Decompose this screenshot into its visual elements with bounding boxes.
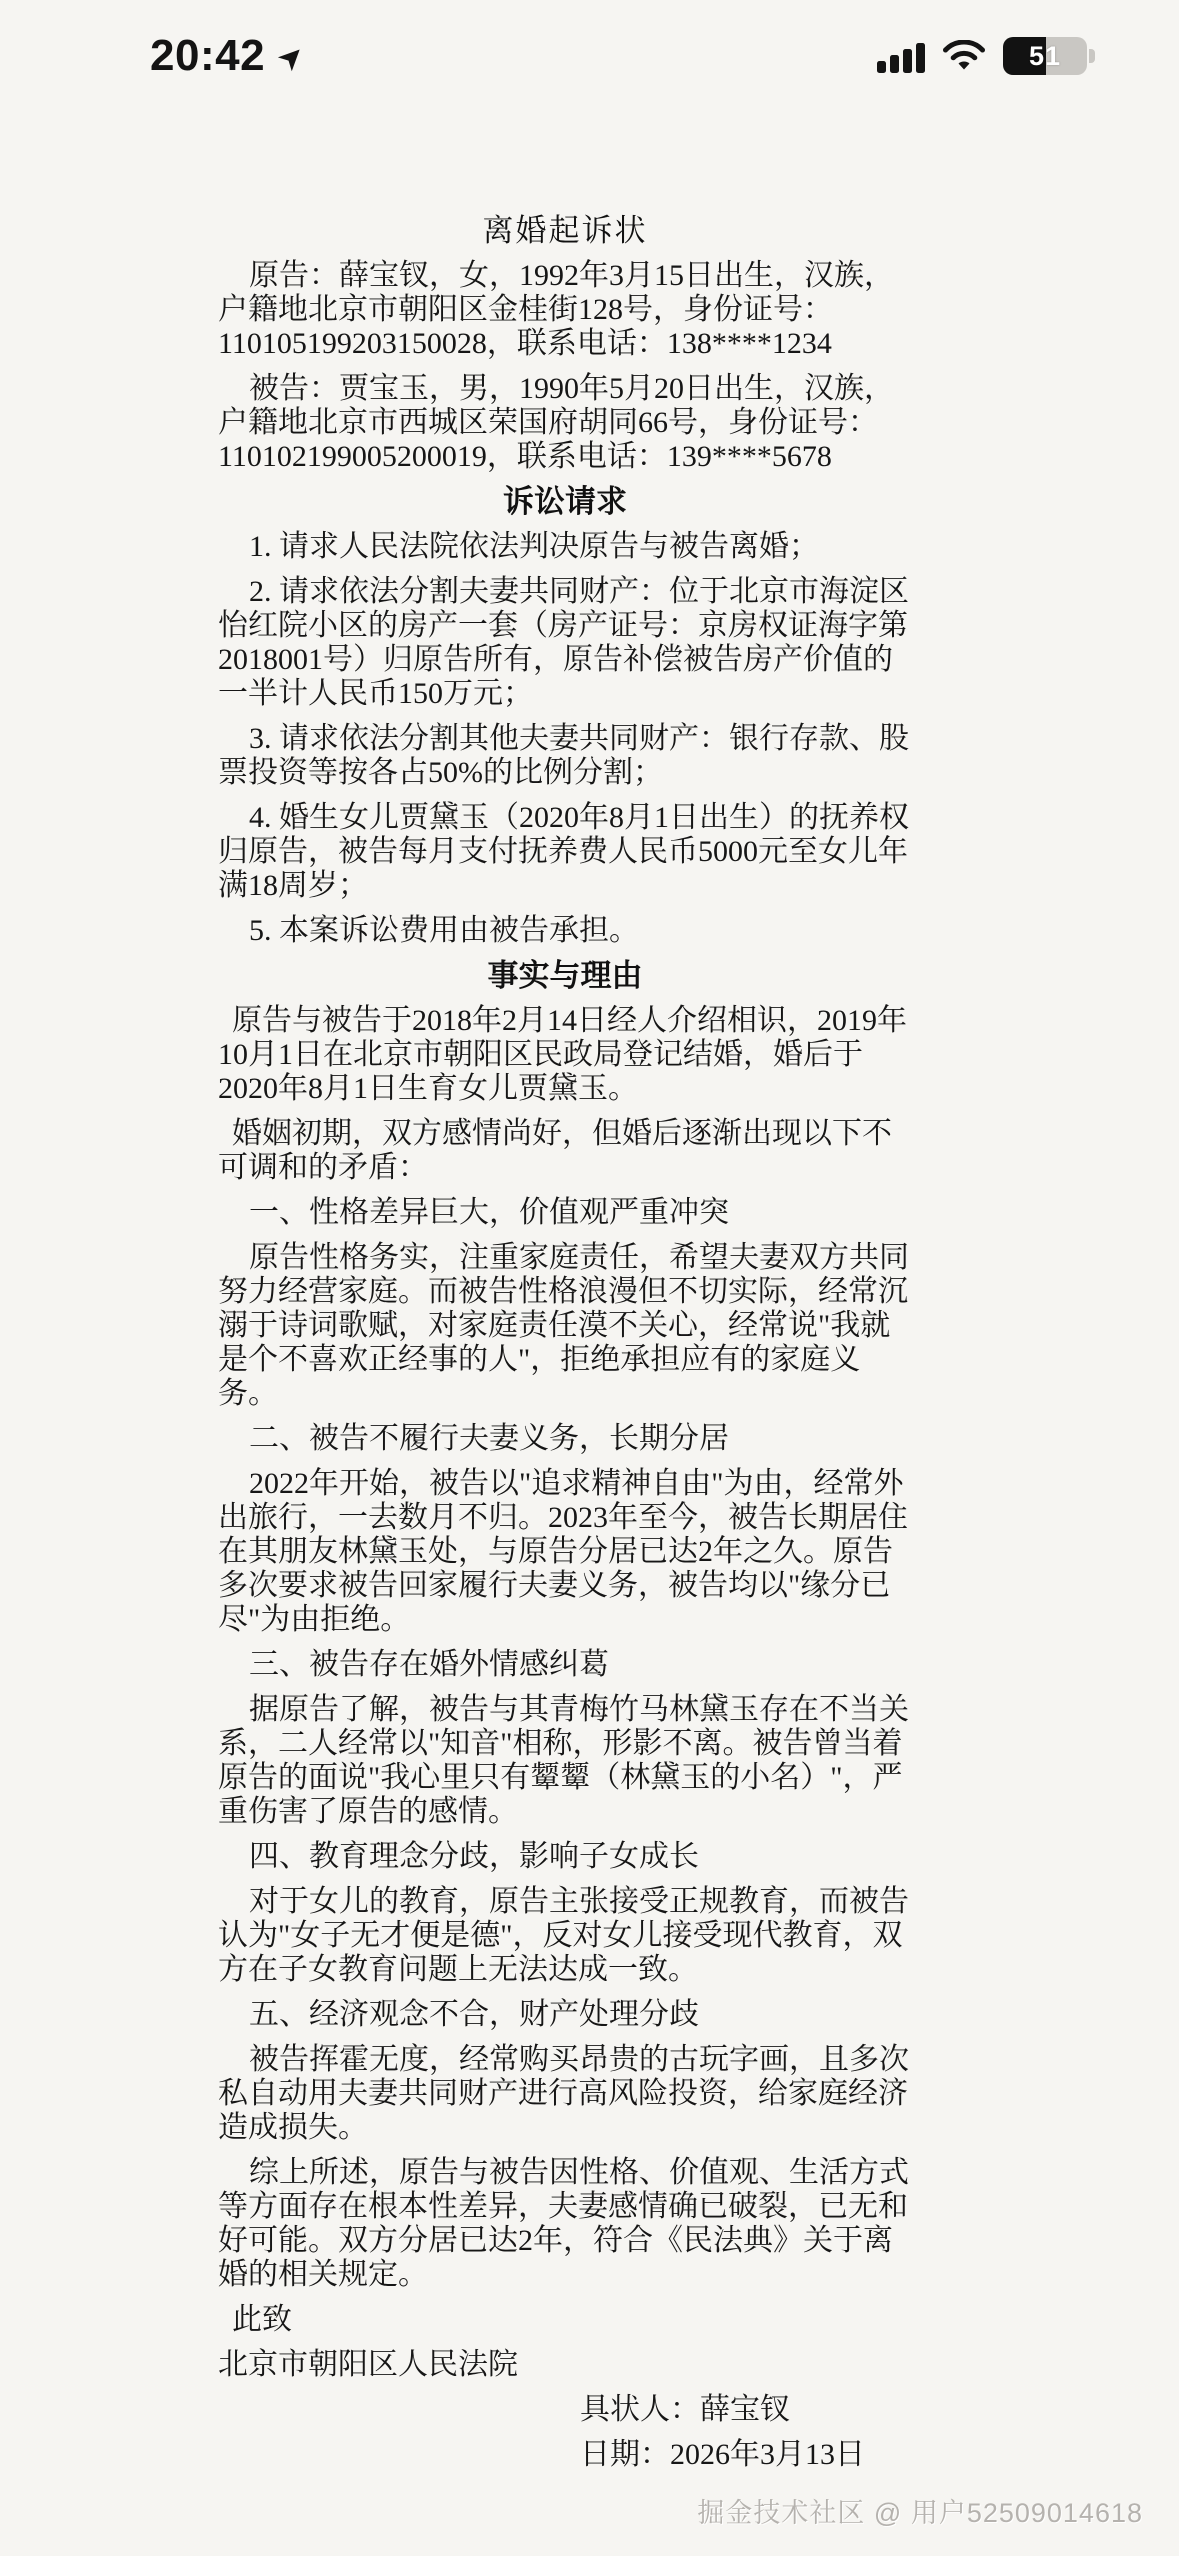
section-1-paragraph: 原告性格务实，注重家庭责任，希望夫妻双方共同努力经营家庭。而被告性格浪漫但不切实… — [218, 1241, 912, 1411]
section-3-heading: 三、被告存在婚外情感纠葛 — [218, 1648, 912, 1682]
divorce-petition-document: 离婚起诉状 原告：薛宝钗，女，1992年3月15日出生，汉族，户籍地北京市朝阳区… — [218, 0, 912, 2483]
facts-intro-paragraph-1: 原告与被告于2018年2月14日经人介绍相识，2019年10月1日在北京市朝阳区… — [218, 1004, 912, 1106]
court-name: 北京市朝阳区人民法院 — [218, 2348, 912, 2382]
watermark-text: 掘金技术社区 @ 用户52509014618 — [697, 2498, 1143, 2528]
battery-icon: 51 — [1003, 37, 1087, 75]
date-line: 日期：2026年3月13日 — [580, 2438, 912, 2472]
claim-item-4: 4. 婚生女儿贾黛玉（2020年8月1日出生）的抚养权归原告，被告每月支付抚养费… — [218, 801, 912, 903]
signature-block: 具状人：薛宝钗 日期：2026年3月13日 — [580, 2393, 912, 2472]
section-5-heading: 五、经济观念不合，财产处理分歧 — [218, 1998, 912, 2032]
section-4-heading: 四、教育理念分歧，影响子女成长 — [218, 1840, 912, 1874]
wifi-icon — [941, 40, 987, 74]
claim-item-3: 3. 请求依法分割其他夫妻共同财产：银行存款、股票投资等按各占50%的比例分割； — [218, 722, 912, 790]
phone-screen: 20:42 ➤ 51 离婚起诉状 原告：薛宝钗，女，1992年3月15日出生，汉… — [0, 0, 1179, 2556]
section-2-paragraph: 2022年开始，被告以"追求精神自由"为由，经常外出旅行，一去数月不归。2023… — [218, 1467, 912, 1637]
plaintiff-paragraph: 原告：薛宝钗，女，1992年3月15日出生，汉族，户籍地北京市朝阳区金桂街128… — [218, 259, 912, 361]
section-3-paragraph: 据原告了解，被告与其青梅竹马林黛玉存在不当关系，二人经常以"知音"相称，形影不离… — [218, 1693, 912, 1829]
watermark: 掘金技术社区 @ 用户52509014618 掘金技术社区 @ 用户525090… — [697, 2491, 1143, 2530]
salutation: 此致 — [218, 2303, 912, 2337]
section-5-paragraph: 被告挥霍无度，经常购买昂贵的古玩字画，且多次私自动用夫妻共同财产进行高风险投资，… — [218, 2043, 912, 2145]
battery-percent: 51 — [1029, 41, 1061, 72]
claims-heading: 诉讼请求 — [218, 485, 912, 519]
battery-nub — [1089, 49, 1095, 63]
document-title: 离婚起诉状 — [218, 214, 912, 248]
claim-item-1: 1. 请求人民法院依法判决原告与被告离婚； — [218, 530, 912, 564]
section-2-heading: 二、被告不履行夫妻义务，长期分居 — [218, 1422, 912, 1456]
section-1-heading: 一、性格差异巨大，价值观严重冲突 — [218, 1196, 912, 1230]
claim-item-5: 5. 本案诉讼费用由被告承担。 — [218, 914, 912, 948]
signer-line: 具状人：薛宝钗 — [580, 2393, 912, 2427]
claim-item-2: 2. 请求依法分割夫妻共同财产：位于北京市海淀区怡红院小区的房产一套（房产证号：… — [218, 575, 912, 711]
conclusion-paragraph: 综上所述，原告与被告因性格、价值观、生活方式等方面存在根本性差异，夫妻感情确已破… — [218, 2156, 912, 2292]
section-4-paragraph: 对于女儿的教育，原告主张接受正规教育，而被告认为"女子无才便是德"，反对女儿接受… — [218, 1885, 912, 1987]
facts-intro-paragraph-2: 婚姻初期，双方感情尚好，但婚后逐渐出现以下不可调和的矛盾： — [218, 1117, 912, 1185]
defendant-paragraph: 被告：贾宝玉，男，1990年5月20日出生，汉族，户籍地北京市西城区荣国府胡同6… — [218, 372, 912, 474]
facts-heading: 事实与理由 — [218, 959, 912, 993]
